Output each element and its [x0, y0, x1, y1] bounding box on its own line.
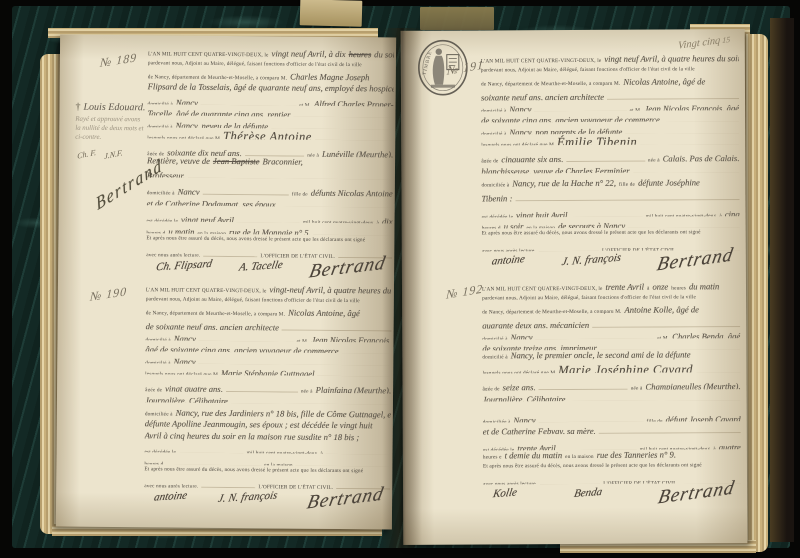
form-line: de Nancy, département de Meurthe-et-Mose…: [146, 306, 392, 320]
handwritten-text: et de Catherine Febvay, sa mère.: [483, 426, 596, 434]
form-line: heures du soiren la maisonde secours à N…: [482, 216, 740, 229]
struck-handwritten-text: Jean Baptiste: [213, 155, 260, 167]
blank-rule: [568, 389, 740, 402]
blank-rule: [539, 240, 599, 252]
entry-number: № 192: [446, 281, 484, 302]
blank-rule: [199, 352, 392, 365]
printed-form-text: domiciliée à: [483, 417, 511, 422]
blank-rule: [199, 329, 294, 342]
blank-rule: [203, 245, 257, 258]
handwritten-text: Nicolas Antoine, âgé de: [623, 76, 705, 88]
signature: Kolle: [492, 487, 518, 501]
handwritten-text: onze: [652, 282, 668, 293]
blank-rule: [559, 438, 637, 450]
printed-form-text: avec nous après lecture.: [482, 246, 536, 251]
printed-form-text: avec nous après lecture.: [483, 479, 537, 484]
form-line: domicilié àNancy, neveu de la défunte: [147, 116, 393, 130]
blank-rule: [570, 205, 642, 217]
book-board-edge: [770, 18, 794, 542]
margin-signature: J.N.F.: [104, 148, 122, 161]
blank-rule: [592, 315, 740, 328]
form-line: est décédée letrente Avrilmil huit cent …: [483, 438, 741, 451]
handwritten-text: blanchisseuse, veuve de Charles Ferminie…: [481, 165, 630, 173]
form-line: soixante neuf ans, ancien architecte: [481, 87, 739, 100]
handwritten-text: du matin: [689, 281, 719, 293]
printed-form-text: est décédée le: [482, 212, 514, 217]
form-line: Et après nous être assuré du décès, nous…: [144, 464, 390, 478]
printed-form-text: et M.: [297, 336, 309, 342]
blank-rule: [201, 93, 296, 106]
form-line: quarante deux ans, mécanicien: [482, 315, 740, 328]
printed-form-text: domicilié à: [481, 129, 506, 134]
printed-form-text: née à: [307, 151, 319, 157]
blank-rule: [640, 133, 739, 146]
handwritten-text: Nancy, le premier oncle, le second ami d…: [511, 350, 691, 362]
blank-rule: [634, 161, 740, 174]
handwritten-text: vingt neuf Avril, à dix: [271, 48, 345, 60]
death-record-entry: L'AN MIL HUIT CENT QUATRE-VINGT-DEUX, le…: [481, 53, 740, 279]
handwritten-text: Braconnier,: [262, 156, 302, 168]
printed-form-text: domicilié à: [482, 353, 507, 363]
printed-form-text: Et après nous être assuré du décès, nous…: [146, 233, 365, 246]
form-line: Et après nous être assuré du décès, nous…: [146, 233, 392, 247]
form-line: Journalière, Célibataire: [483, 389, 741, 402]
page-edges-right: [744, 34, 768, 552]
printed-form-text: Et après nous être assuré du décès, nous…: [144, 464, 363, 477]
folio-text: Vingt cinq: [678, 35, 721, 52]
margin-signature: Ch. F.: [77, 148, 96, 161]
register-book-photo: № 189 № 190 †Louis Edouard. Rayé et appr…: [0, 0, 800, 558]
handwritten-text: rue des Tanneries n° 9.: [597, 450, 676, 462]
form-line: domicilié àNancyet M.Jean Nicolas Franço…: [145, 329, 391, 343]
handwritten-text: Avril à cinq heures du soir en la maison…: [145, 430, 360, 443]
handwritten-name: Marie Joséphine Cavard: [558, 364, 693, 373]
death-record-entry: L'AN MIL HUIT CENT QUATRE-VINGT-DEUX, le…: [144, 283, 392, 516]
bookmark-strap: [300, 0, 363, 27]
death-record-entry: L'AN MIL HUIT CENT QUATRE-VINGT-DEUX, le…: [482, 281, 741, 512]
form-line: domicilié àNancyet M.Alfred Charles Prop…: [148, 93, 394, 107]
printed-form-text: Et après nous être assuré du décès, nous…: [482, 228, 701, 241]
form-line: de soixante treize ans, imprimeur: [482, 338, 740, 351]
blank-rule: [566, 150, 645, 162]
blank-rule: [314, 223, 393, 235]
printed-form-text: et M.: [630, 105, 642, 111]
form-line: lesquels nous ont déclaré que MÉmilie Ti…: [481, 133, 739, 146]
handwritten-text: vingt huit Avril: [516, 210, 567, 218]
printed-form-text: âgée de: [481, 157, 498, 162]
signature: J. N. françois: [217, 489, 278, 505]
struck-handwritten-text: heures: [349, 49, 372, 61]
handwritten-text: Nancy: [511, 332, 533, 339]
signature: antoine: [153, 489, 188, 503]
handwritten-name: Émilie Tibenin: [557, 137, 637, 146]
blank-rule: [696, 361, 740, 373]
printed-form-text: domicilié à: [482, 334, 507, 339]
blank-rule: [538, 411, 643, 423]
blank-rule: [271, 117, 393, 129]
form-line: et de Catherine Febvay, sa mère.: [483, 421, 741, 434]
handwritten-text: Tibenin ;: [482, 194, 513, 201]
handwritten-text: Nicolas Antoine, âgé: [288, 307, 360, 319]
handwritten-text: Antoine Kolle, âgé de: [624, 304, 699, 316]
handwritten-text: Nancy: [509, 104, 531, 111]
blank-rule: [296, 454, 391, 466]
blank-rule: [599, 421, 741, 434]
entry-number: № 189: [100, 50, 138, 71]
blank-rule: [539, 378, 628, 390]
form-line: domicilié àNancy: [145, 352, 391, 366]
printed-form-text: pardevant nous, Adjoint au Maire, délégu…: [146, 295, 360, 308]
signatures-row: KolleBendaBertrand: [483, 483, 741, 511]
right-page: TIMBRE Vingt cinq15 № 191 № 192 L'AN MIL…: [401, 29, 748, 545]
signature: J. N. françois: [560, 252, 621, 269]
form-line: L'AN MIL HUIT CENT QUATRE-VINGT-DEUX, le…: [482, 281, 740, 294]
form-line: lesquels nous ont déclaré que MThérèse A…: [147, 127, 393, 141]
form-line: blanchisseuse, veuve de Charles Ferminie…: [481, 161, 739, 174]
handwritten-name: Thérèse Antoine: [223, 131, 312, 141]
handwritten-text: cinquante six ans,: [501, 154, 563, 162]
signature: Benda: [573, 486, 603, 500]
handwritten-text: Rentière, veuve de: [147, 155, 210, 167]
cross-mark: †: [75, 102, 80, 113]
printed-form-text: domicilié à: [481, 106, 506, 111]
blank-rule: [318, 365, 392, 377]
blank-rule: [237, 211, 300, 224]
folio-number: 15: [722, 35, 730, 45]
handwritten-text: trente Avril: [606, 282, 644, 294]
left-page: № 189 № 190 †Louis Edouard. Rayé et appr…: [56, 35, 396, 530]
signatures-row: antoineJ. N. françoisBertrand: [144, 487, 390, 516]
death-record-entry: L'AN MIL HUIT CENT QUATRE-VINGT-DEUX, le…: [146, 47, 394, 285]
handwritten-text: seize ans,: [503, 383, 536, 390]
blank-rule: [534, 99, 626, 111]
book-gutter-shadow: [382, 28, 422, 548]
deceased-margin-name: Louis Edouard.: [83, 102, 145, 114]
signature: Ch. Flipsard: [155, 257, 213, 273]
blank-rule: [326, 443, 391, 455]
spine-strap: [420, 7, 494, 30]
handwritten-text: t demie du matin: [505, 450, 563, 462]
folio-note: Vingt cinq15: [678, 34, 731, 52]
signature: antoine: [491, 253, 526, 268]
handwritten-text: Journalière, Célibataire: [483, 394, 566, 402]
blank-rule: [536, 327, 655, 339]
printed-form-text: domiciliée à: [481, 180, 509, 190]
blank-rule: [279, 195, 393, 207]
handwritten-text: Nancy, non parents de la défunte: [510, 126, 623, 134]
signature: A. Tacelle: [238, 259, 284, 274]
handwritten-text: Nancy, rue de la Hache n° 22,: [512, 178, 616, 190]
blank-rule: [188, 167, 393, 180]
form-line: et de Catherine Dodaumat, ses époux: [147, 194, 393, 208]
blank-rule: [515, 188, 739, 201]
form-line: domiciliée àNancyfille dedéfunts Nicolas…: [147, 183, 393, 197]
stamp-label: TIMBRE: [422, 50, 433, 75]
form-line: Journalière, Célibataire: [145, 391, 391, 405]
blank-rule: [203, 183, 289, 196]
printed-form-text: de Nancy, département de Meurthe-et-Mose…: [481, 79, 620, 89]
form-line: pardevant nous, Adjoint au Maire, délégu…: [148, 59, 394, 73]
printed-form-text: pardevant nous, Adjoint au Maire, délégu…: [148, 59, 362, 72]
handwritten-text: défunte Joséphine: [638, 177, 700, 189]
blank-rule: [231, 392, 391, 405]
form-line: est décédée levingt neuf Avrilmil huit c…: [147, 210, 393, 224]
form-line: L'AN MIL HUIT CENT QUATRE-VINGT-DEUX, le…: [481, 53, 739, 66]
form-line: Tibenin ;: [481, 188, 739, 201]
printed-form-text: Et après nous être assuré du décès, nous…: [483, 461, 702, 474]
handwritten-text: Charles Magne Joseph: [290, 71, 369, 83]
printed-form-text: lesquels nous ont déclaré que M: [481, 140, 554, 146]
handwritten-text: Nancy: [514, 415, 536, 422]
signatures-row: Ch. FlipsardA. TacelleBertrand: [146, 256, 392, 285]
form-line: pardevant nous, Adjoint au Maire, délégu…: [146, 295, 392, 309]
printed-form-text: âgée de: [483, 385, 500, 390]
printed-form-text: lesquels nous ont déclaré que M: [482, 368, 555, 374]
blank-rule: [282, 319, 392, 331]
entry-number: № 190: [90, 284, 128, 305]
handwritten-text: vingt neuf Avril, à quatre heures du soi…: [604, 53, 739, 65]
form-line: lesquels nous ont déclaré que MMarie Sté…: [145, 363, 391, 377]
blank-rule: [607, 87, 739, 100]
printed-form-text: heures e: [483, 452, 502, 461]
blank-rule: [201, 476, 255, 489]
blank-rule: [293, 106, 393, 118]
form-line: Professeur.: [147, 166, 393, 180]
blank-rule: [540, 473, 600, 485]
signatures-row: antoineJ. N. françoisBertrand: [482, 250, 740, 278]
form-line: lesquels nous ont déclaré que MMarie Jos…: [482, 361, 740, 374]
